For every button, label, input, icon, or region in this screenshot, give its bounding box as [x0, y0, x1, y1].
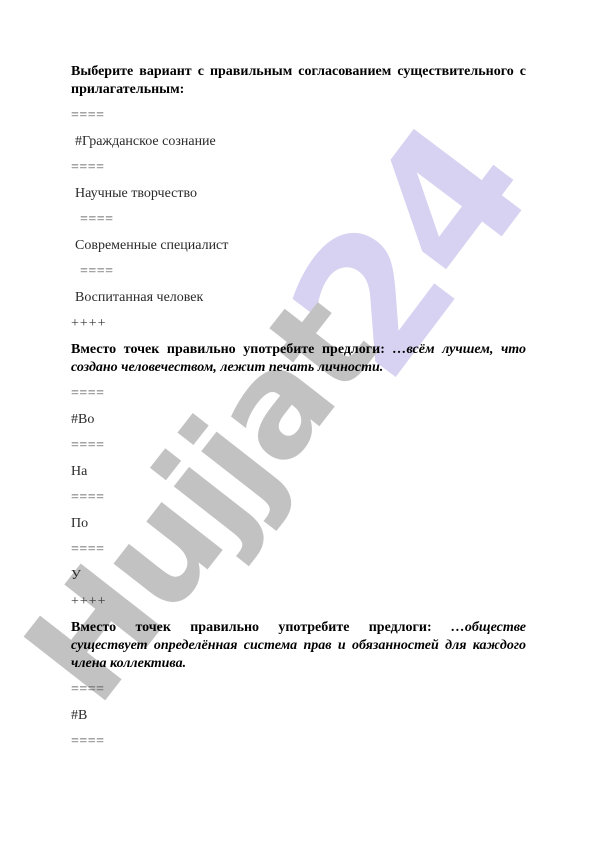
document-page: 24 Hujjat Выберите вариант с правильным …	[0, 0, 596, 842]
text-column: Выберите вариант с правильным согласован…	[71, 63, 526, 759]
question-1-answer: #Гражданское сознание	[71, 133, 526, 151]
separator-line: ====	[71, 385, 526, 403]
question-2-option-4: У	[71, 567, 526, 585]
question-3-answer: #В	[71, 707, 526, 725]
separator-line: ====	[71, 733, 526, 751]
separator-line: ====	[71, 681, 526, 699]
question-1-prompt: Выберите вариант с правильным согласован…	[71, 63, 526, 99]
question-3-prompt: Вместо точек правильно употребите предло…	[71, 619, 526, 673]
separator-line: ====	[71, 263, 526, 281]
question-2-option-3: По	[71, 515, 526, 533]
question-end-marker: ++++	[71, 315, 526, 333]
separator-line: ====	[71, 159, 526, 177]
separator-line: ====	[71, 211, 526, 229]
question-1-option-3: Современные специалист	[71, 237, 526, 255]
question-2-answer: #Во	[71, 411, 526, 429]
question-3-prompt-task: Вместо точек правильно употребите предло…	[71, 620, 432, 635]
question-2-prompt: Вместо точек правильно употребите предло…	[71, 341, 526, 377]
question-end-marker: ++++	[71, 593, 526, 611]
separator-line: ====	[71, 541, 526, 559]
question-2-prompt-task: Вместо точек правильно употребите предло…	[71, 342, 385, 357]
separator-line: ====	[71, 437, 526, 455]
separator-line: ====	[71, 107, 526, 125]
question-1-option-4: Воспитанная человек	[71, 289, 526, 307]
question-1-option-2: Научные творчество	[71, 185, 526, 203]
question-2-option-2: На	[71, 463, 526, 481]
separator-line: ====	[71, 489, 526, 507]
